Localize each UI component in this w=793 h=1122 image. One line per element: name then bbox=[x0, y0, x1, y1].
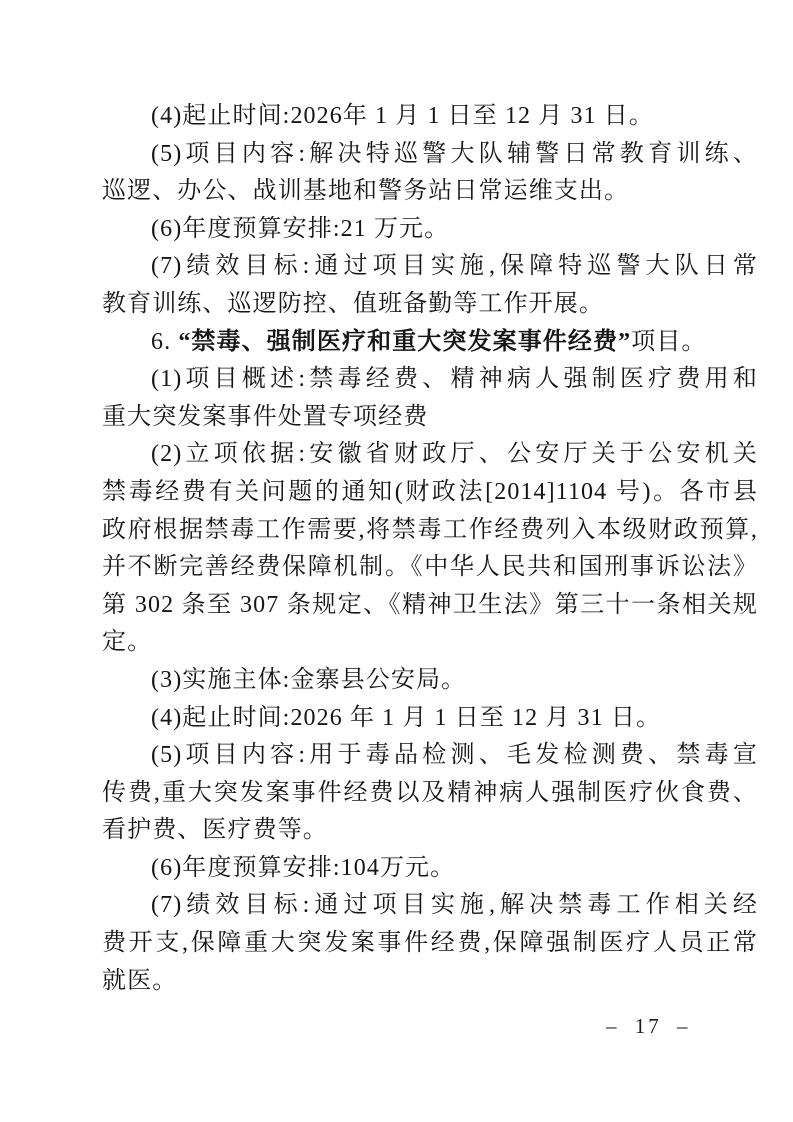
page-number: – 17 – bbox=[606, 1012, 691, 1040]
text-segment: (6)年度预算安排:104万元。 bbox=[151, 855, 455, 881]
text-line: (6)年度预算安排:21 万元。 bbox=[102, 211, 758, 249]
text-segment: 政府根据禁毒工作需要,将禁毒工作经费列入本级财政预算, bbox=[102, 517, 758, 543]
text-line: 费开支,保障重大突发案事件经费,保障强制医疗人员正常 bbox=[102, 925, 758, 963]
text-line: (6)年度预算安排:104万元。 bbox=[102, 850, 758, 888]
text-segment: 费开支,保障重大突发案事件经费,保障强制医疗人员正常 bbox=[102, 930, 758, 956]
text-line: 6. “禁毒、强制医疗和重大突发案事件经费”项目。 bbox=[102, 324, 758, 362]
text-segment: 第 302 条至 307 条规定、《精神卫生法》第三十一条相关规 bbox=[102, 592, 758, 618]
text-segment: 定。 bbox=[102, 629, 152, 655]
text-line: (3)实施主体:金寨县公安局。 bbox=[102, 662, 758, 700]
document-page: (4)起止时间:2026年 1 月 1 日至 12 月 31 日。(5)项目内容… bbox=[0, 0, 793, 1122]
text-line: (4)起止时间:2026年 1 月 1 日至 12 月 31 日。 bbox=[102, 98, 758, 136]
text-line: 并不断完善经费保障机制。《中华人民共和国刑事诉讼法》 bbox=[102, 549, 758, 587]
text-line: (7)绩效目标:通过项目实施,解决禁毒工作相关经 bbox=[102, 887, 758, 925]
text-line: 教育训练、巡逻防控、值班备勤等工作开展。 bbox=[102, 286, 758, 324]
text-segment: (7)绩效目标:通过项目实施,解决禁毒工作相关经 bbox=[151, 892, 758, 918]
text-line: (2)立项依据:安徽省财政厅、公安厅关于公安机关 bbox=[102, 436, 758, 474]
text-line: 传费,重大突发案事件经费以及精神病人强制医疗伙食费、 bbox=[102, 775, 758, 813]
text-segment: 并不断完善经费保障机制。《中华人民共和国刑事诉讼法》 bbox=[102, 554, 758, 580]
bold-text-segment: “禁毒、强制医疗和重大突发案事件经费” bbox=[178, 329, 631, 355]
text-line: 巡逻、办公、战训基地和警务站日常运维支出。 bbox=[102, 173, 758, 211]
text-line: 就医。 bbox=[102, 963, 758, 1001]
text-segment: 巡逻、办公、战训基地和警务站日常运维支出。 bbox=[102, 178, 629, 204]
text-segment: (4)起止时间:2026 年 1 月 1 日至 12 月 31 日。 bbox=[151, 705, 661, 731]
text-segment: 看护费、医疗费等。 bbox=[102, 817, 328, 843]
text-segment: (7)绩效目标:通过项目实施,保障特巡警大队日常 bbox=[151, 253, 758, 279]
text-segment: 6. bbox=[151, 329, 178, 355]
text-line: (4)起止时间:2026 年 1 月 1 日至 12 月 31 日。 bbox=[102, 700, 758, 738]
text-line: 看护费、医疗费等。 bbox=[102, 812, 758, 850]
text-segment: (4)起止时间:2026年 1 月 1 日至 12 月 31 日。 bbox=[151, 103, 654, 129]
text-segment: (1)项目概述:禁毒经费、精神病人强制医疗费用和 bbox=[151, 366, 758, 392]
text-line: (1)项目概述:禁毒经费、精神病人强制医疗费用和 bbox=[102, 361, 758, 399]
text-line: 政府根据禁毒工作需要,将禁毒工作经费列入本级财政预算, bbox=[102, 512, 758, 550]
text-segment: (2)立项依据:安徽省财政厅、公安厅关于公安机关 bbox=[151, 441, 758, 467]
text-line: 定。 bbox=[102, 624, 758, 662]
text-segment: 禁毒经费有关问题的通知(财政法[2014]1104 号)。各市县 bbox=[102, 479, 758, 505]
text-segment: 教育训练、巡逻防控、值班备勤等工作开展。 bbox=[102, 291, 604, 317]
document-body: (4)起止时间:2026年 1 月 1 日至 12 月 31 日。(5)项目内容… bbox=[102, 98, 758, 1000]
text-line: (5)项目内容:用于毒品检测、毛发检测费、禁毒宣 bbox=[102, 737, 758, 775]
text-segment: 重大突发案事件处置专项经费 bbox=[102, 404, 428, 430]
text-segment: (3)实施主体:金寨县公安局。 bbox=[151, 667, 466, 693]
text-segment: (5)项目内容:解决特巡警大队辅警日常教育训练、 bbox=[151, 141, 758, 167]
text-line: (5)项目内容:解决特巡警大队辅警日常教育训练、 bbox=[102, 136, 758, 174]
text-line: (7)绩效目标:通过项目实施,保障特巡警大队日常 bbox=[102, 248, 758, 286]
text-line: 禁毒经费有关问题的通知(财政法[2014]1104 号)。各市县 bbox=[102, 474, 758, 512]
text-segment: 传费,重大突发案事件经费以及精神病人强制医疗伙食费、 bbox=[102, 780, 758, 806]
text-segment: (6)年度预算安排:21 万元。 bbox=[151, 216, 449, 242]
text-line: 第 302 条至 307 条规定、《精神卫生法》第三十一条相关规 bbox=[102, 587, 758, 625]
text-segment: (5)项目内容:用于毒品检测、毛发检测费、禁毒宣 bbox=[151, 742, 758, 768]
text-line: 重大突发案事件处置专项经费 bbox=[102, 399, 758, 437]
text-segment: 就医。 bbox=[102, 968, 177, 994]
text-segment: 项目。 bbox=[631, 329, 706, 355]
